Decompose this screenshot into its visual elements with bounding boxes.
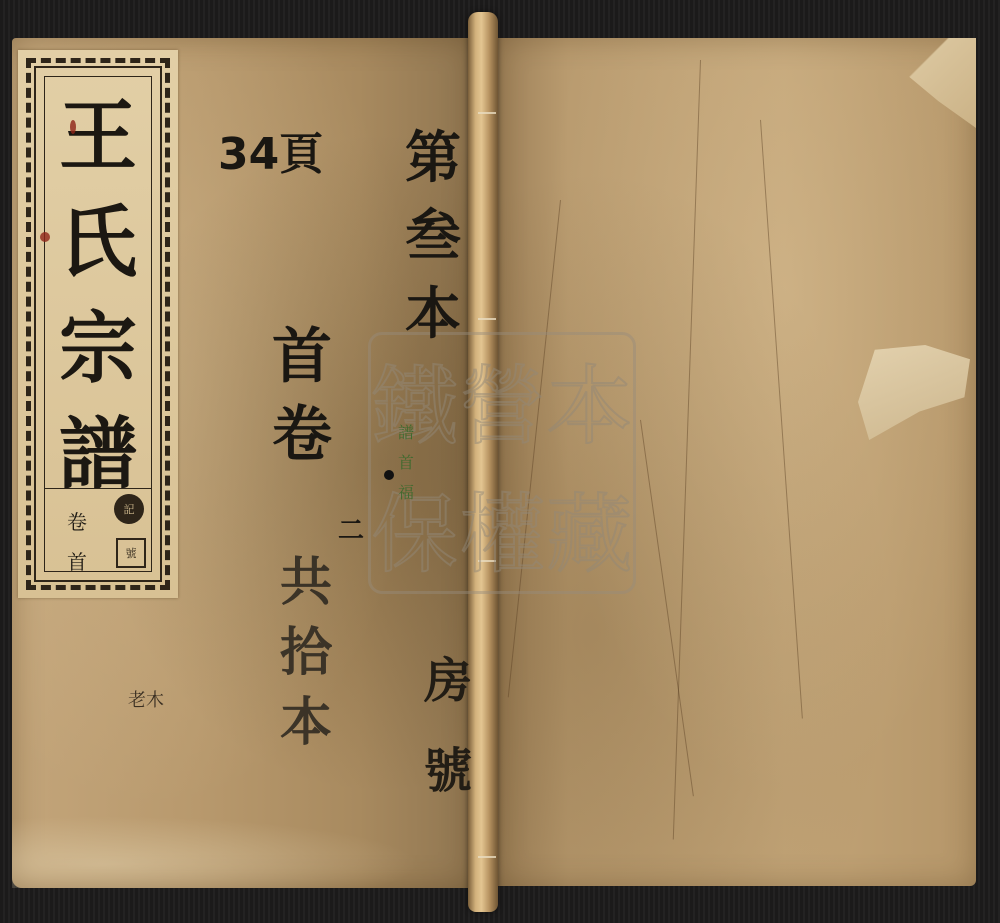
book-spine <box>468 12 498 912</box>
book-title: 王 氏 宗 譜 <box>44 84 152 508</box>
title-slip: 王 氏 宗 譜 卷 首 記 號 <box>18 50 178 598</box>
volume-number-note: 第 叁 本 <box>405 120 461 354</box>
total-volumes-note: 共 拾 本 <box>280 548 332 758</box>
hand-char: 拾 <box>280 618 332 688</box>
hand-char: 號 <box>424 726 472 816</box>
title-char: 王 <box>59 84 137 190</box>
hand-char: 首 <box>272 318 332 396</box>
square-seal-icon: 號 <box>116 538 146 568</box>
binding-thread <box>478 112 496 114</box>
heading-volume-note: 首 卷 <box>272 318 332 474</box>
red-stain <box>70 120 76 134</box>
title-char: 譜 <box>59 402 137 508</box>
volume-char: 首 <box>67 542 87 582</box>
volume-char: 卷 <box>67 502 87 542</box>
binding-thread <box>478 318 496 320</box>
hand-char: 第 <box>405 120 461 198</box>
hand-char: 卷 <box>272 396 332 474</box>
title-char: 宗 <box>59 296 137 402</box>
hand-char: 叁 <box>405 198 461 276</box>
round-seal-icon: 記 <box>114 494 144 524</box>
page-count-note: 34頁 <box>218 118 323 182</box>
hand-char: 房 <box>424 636 472 726</box>
red-stain <box>40 232 50 242</box>
hand-char: 本 <box>280 688 332 758</box>
green-ink-annotation: 譜 首 福 <box>398 418 414 508</box>
volume-two-mark: 二 <box>338 510 364 547</box>
volume-label: 卷 首 <box>62 502 92 582</box>
hand-char: 共 <box>280 548 332 618</box>
slip-divider <box>44 488 152 489</box>
hand-char: 首 <box>398 448 414 478</box>
hand-char: 本 <box>405 276 461 354</box>
small-pencil-note: 老木 <box>128 686 164 712</box>
hand-char: 福 <box>398 478 414 508</box>
spine-edge-note: 房 號 <box>424 636 472 816</box>
hand-char: 譜 <box>398 418 414 448</box>
binding-thread <box>478 560 496 562</box>
ink-dot <box>384 470 394 480</box>
binding-thread <box>478 856 496 858</box>
back-page <box>496 38 976 886</box>
title-char: 氏 <box>59 190 137 296</box>
